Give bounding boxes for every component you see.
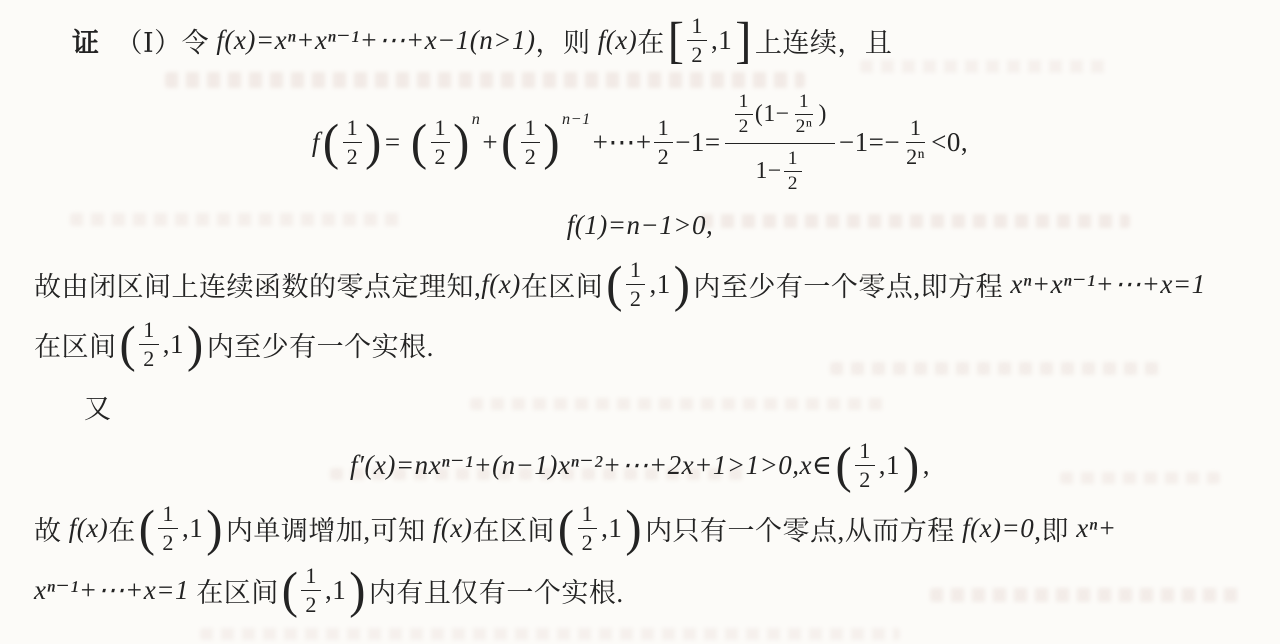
fraction-denominator: 2	[654, 143, 674, 168]
big-fraction: 1 2 (1− 1 2ⁿ ) 1− 1 2	[725, 90, 835, 195]
ink-bleedthrough	[860, 60, 1110, 73]
fraction-denominator: 2	[855, 466, 875, 491]
exponent: n−1	[562, 110, 591, 129]
closed-interval: [ 1 2 ,1 ]	[667, 14, 753, 65]
fraction-numerator: 1	[626, 258, 646, 284]
math-text: +	[482, 127, 498, 158]
fraction-numerator: 1	[521, 116, 541, 142]
fraction: 1 2	[343, 116, 363, 167]
math-text: f(1)=n−1>0,	[567, 210, 713, 241]
fraction: 1 2ⁿ	[792, 92, 817, 138]
cjk-text: ，则	[536, 21, 598, 60]
display-equation-2: f(1)=n−1>0,	[0, 202, 1280, 248]
interval-endpoint: ,1	[599, 513, 624, 544]
cjk-text: 内至少有一个零点,即方程	[693, 265, 1010, 304]
fraction-numerator: 1	[158, 502, 178, 528]
math-text: −1=−	[839, 127, 900, 158]
fraction-denominator: 2	[158, 529, 178, 554]
fraction-numerator: 1	[784, 149, 802, 172]
fraction-numerator: 1	[654, 116, 674, 142]
fraction: 1 2	[158, 502, 178, 553]
math-text: f(x)	[69, 513, 108, 544]
proof-line-1: 证 （Ⅰ）令 f(x)=xⁿ+xⁿ⁻¹+⋯+x−1(n>1) ，则 f(x) 在…	[72, 8, 892, 72]
fraction-numerator: 1	[855, 439, 875, 465]
paren-fraction: ( 1 2 ) n−1	[500, 116, 591, 167]
display-equation-3: f′(x)=nxⁿ⁻¹+(n−1)xⁿ⁻²+⋯+2x+1>1>0,x∈ ( 1 …	[0, 432, 1280, 498]
interval-endpoint: ,1	[180, 513, 205, 544]
fraction: 1 2	[139, 318, 159, 369]
fraction-numerator: 1	[301, 564, 321, 590]
open-interval: ( 1 2 ,1 )	[119, 318, 205, 369]
cjk-text: 又	[84, 387, 112, 426]
fraction-numerator: 1	[687, 14, 707, 40]
math-text: +⋯+	[593, 127, 652, 158]
math-text: f	[312, 127, 320, 158]
fraction-numerator: 1	[578, 502, 598, 528]
fraction: 1 2	[654, 116, 674, 167]
fraction-denominator: 2	[343, 143, 363, 168]
fraction-numerator: 1	[343, 116, 363, 142]
math-text: f(x)	[598, 25, 637, 56]
open-interval: ( 1 2 ,1 )	[557, 502, 643, 553]
open-interval: ( 1 2 ,1 )	[835, 439, 921, 490]
paragraph-line: 故 f(x) 在 ( 1 2 ,1 ) 内单调增加,可知 f(x) 在区间 ( …	[34, 498, 1116, 558]
interval-endpoint: ,1	[323, 575, 348, 606]
math-text: (1−	[755, 103, 790, 127]
fraction-numerator: 1	[795, 92, 813, 115]
open-interval: ( 1 2 ,1 )	[138, 502, 224, 553]
math-text: xⁿ+xⁿ⁻¹+⋯+x=1	[1010, 269, 1205, 300]
proof-label: 证	[72, 21, 101, 60]
paragraph-line: 在区间 ( 1 2 ,1 ) 内至少有一个实根.	[34, 314, 434, 374]
fraction-numerator: 1	[431, 116, 451, 142]
cjk-text: 在区间	[189, 571, 279, 610]
fraction-denominator: 2	[578, 529, 598, 554]
cjk-text: 内单调增加,可知	[226, 509, 433, 548]
math-text: ,	[923, 450, 930, 481]
cjk-text: 在	[108, 509, 136, 548]
interval-endpoint: ,1	[647, 269, 672, 300]
textbook-page: 证 （Ⅰ）令 f(x)=xⁿ+xⁿ⁻¹+⋯+x−1(n>1) ，则 f(x) 在…	[0, 0, 1280, 644]
fraction-denominator: 2	[735, 115, 753, 137]
fraction-denominator: 2	[521, 143, 541, 168]
fraction: 1 2ⁿ	[902, 116, 929, 167]
fraction-denominator: 2	[784, 172, 802, 194]
math-text: f(x)	[433, 513, 472, 544]
cjk-text: 故由闭区间上连续函数的零点定理知,	[34, 265, 481, 304]
open-interval: ( 1 2 ,1 )	[605, 258, 691, 309]
fraction-numerator: 1	[906, 116, 926, 142]
math-text: f′(x)=nxⁿ⁻¹+(n−1)xⁿ⁻²+⋯+2x+1>1>0,x∈	[350, 450, 833, 481]
fraction: 1 2	[301, 564, 321, 615]
cjk-text: 上连续，且	[755, 21, 893, 60]
fraction-denominator: 2	[687, 41, 707, 66]
fraction: 1 2	[784, 149, 802, 195]
cjk-text: 在区间	[34, 325, 117, 364]
ink-bleedthrough	[830, 362, 1160, 375]
fraction-numerator: 1	[139, 318, 159, 344]
paragraph-line: xⁿ⁻¹+⋯+x=1 在区间 ( 1 2 ,1 ) 内有且仅有一个实根.	[34, 560, 624, 620]
cjk-text: 内只有一个零点,从而方程	[645, 509, 962, 548]
open-interval: ( 1 2 ,1 )	[281, 564, 367, 615]
fraction: 1 2	[735, 92, 753, 138]
ink-bleedthrough	[470, 398, 890, 410]
cjk-text: （Ⅰ）令	[101, 21, 216, 60]
fraction-denominator: 2	[301, 591, 321, 616]
big-fraction-denominator: 1− 1 2	[756, 144, 805, 195]
cjk-text: 在区间	[472, 509, 555, 548]
fraction-denominator: 2	[626, 285, 646, 310]
math-text: <0,	[931, 127, 968, 158]
math-text: xⁿ+	[1076, 513, 1116, 544]
math-text: )	[818, 103, 826, 127]
fraction-numerator: 1	[735, 92, 753, 115]
interval-endpoint: ,1	[877, 450, 902, 481]
interval-endpoint: ,1	[161, 329, 186, 360]
display-equation-1: f ( 1 2 ) = ( 1 2 ) n + ( 1 2 )	[0, 86, 1280, 198]
math-text: =	[385, 127, 408, 158]
interval-endpoint: ,1	[709, 25, 734, 56]
big-fraction-numerator: 1 2 (1− 1 2ⁿ )	[725, 90, 835, 144]
cjk-text: 内至少有一个实根.	[207, 325, 434, 364]
cjk-text: 内有且仅有一个实根.	[369, 571, 624, 610]
cjk-text: 故	[34, 509, 69, 548]
paren-fraction: ( 1 2 )	[322, 116, 383, 167]
math-text: f(x)	[481, 269, 520, 300]
fraction: 1 2	[687, 14, 707, 65]
fraction-denominator: 2	[431, 143, 451, 168]
fraction-denominator: 2ⁿ	[902, 143, 929, 168]
math-text: xⁿ⁻¹+⋯+x=1	[34, 575, 189, 606]
math-text: f(x)=0	[962, 513, 1034, 544]
math-text: −1=	[675, 127, 720, 158]
math-text: f(x)=xⁿ+xⁿ⁻¹+⋯+x−1(n>1)	[216, 25, 535, 56]
fraction: 1 2	[578, 502, 598, 553]
connective-line: 又	[84, 384, 112, 428]
paren-fraction: ( 1 2 ) n	[410, 116, 481, 167]
math-text: 1−	[756, 160, 782, 184]
fraction: 1 2	[855, 439, 875, 490]
cjk-text: ,即	[1034, 509, 1076, 548]
cjk-text: 在	[637, 21, 665, 60]
fraction-denominator: 2ⁿ	[792, 115, 817, 137]
ink-bleedthrough	[930, 588, 1240, 602]
fraction: 1 2	[626, 258, 646, 309]
paragraph-line: 故由闭区间上连续函数的零点定理知, f(x) 在区间 ( 1 2 ,1 ) 内至…	[34, 254, 1206, 314]
exponent: n	[472, 110, 481, 129]
fraction: 1 2	[521, 116, 541, 167]
cjk-text: 在区间	[521, 265, 604, 304]
ink-bleedthrough	[200, 628, 900, 640]
fraction: 1 2	[431, 116, 451, 167]
fraction-denominator: 2	[139, 345, 159, 370]
